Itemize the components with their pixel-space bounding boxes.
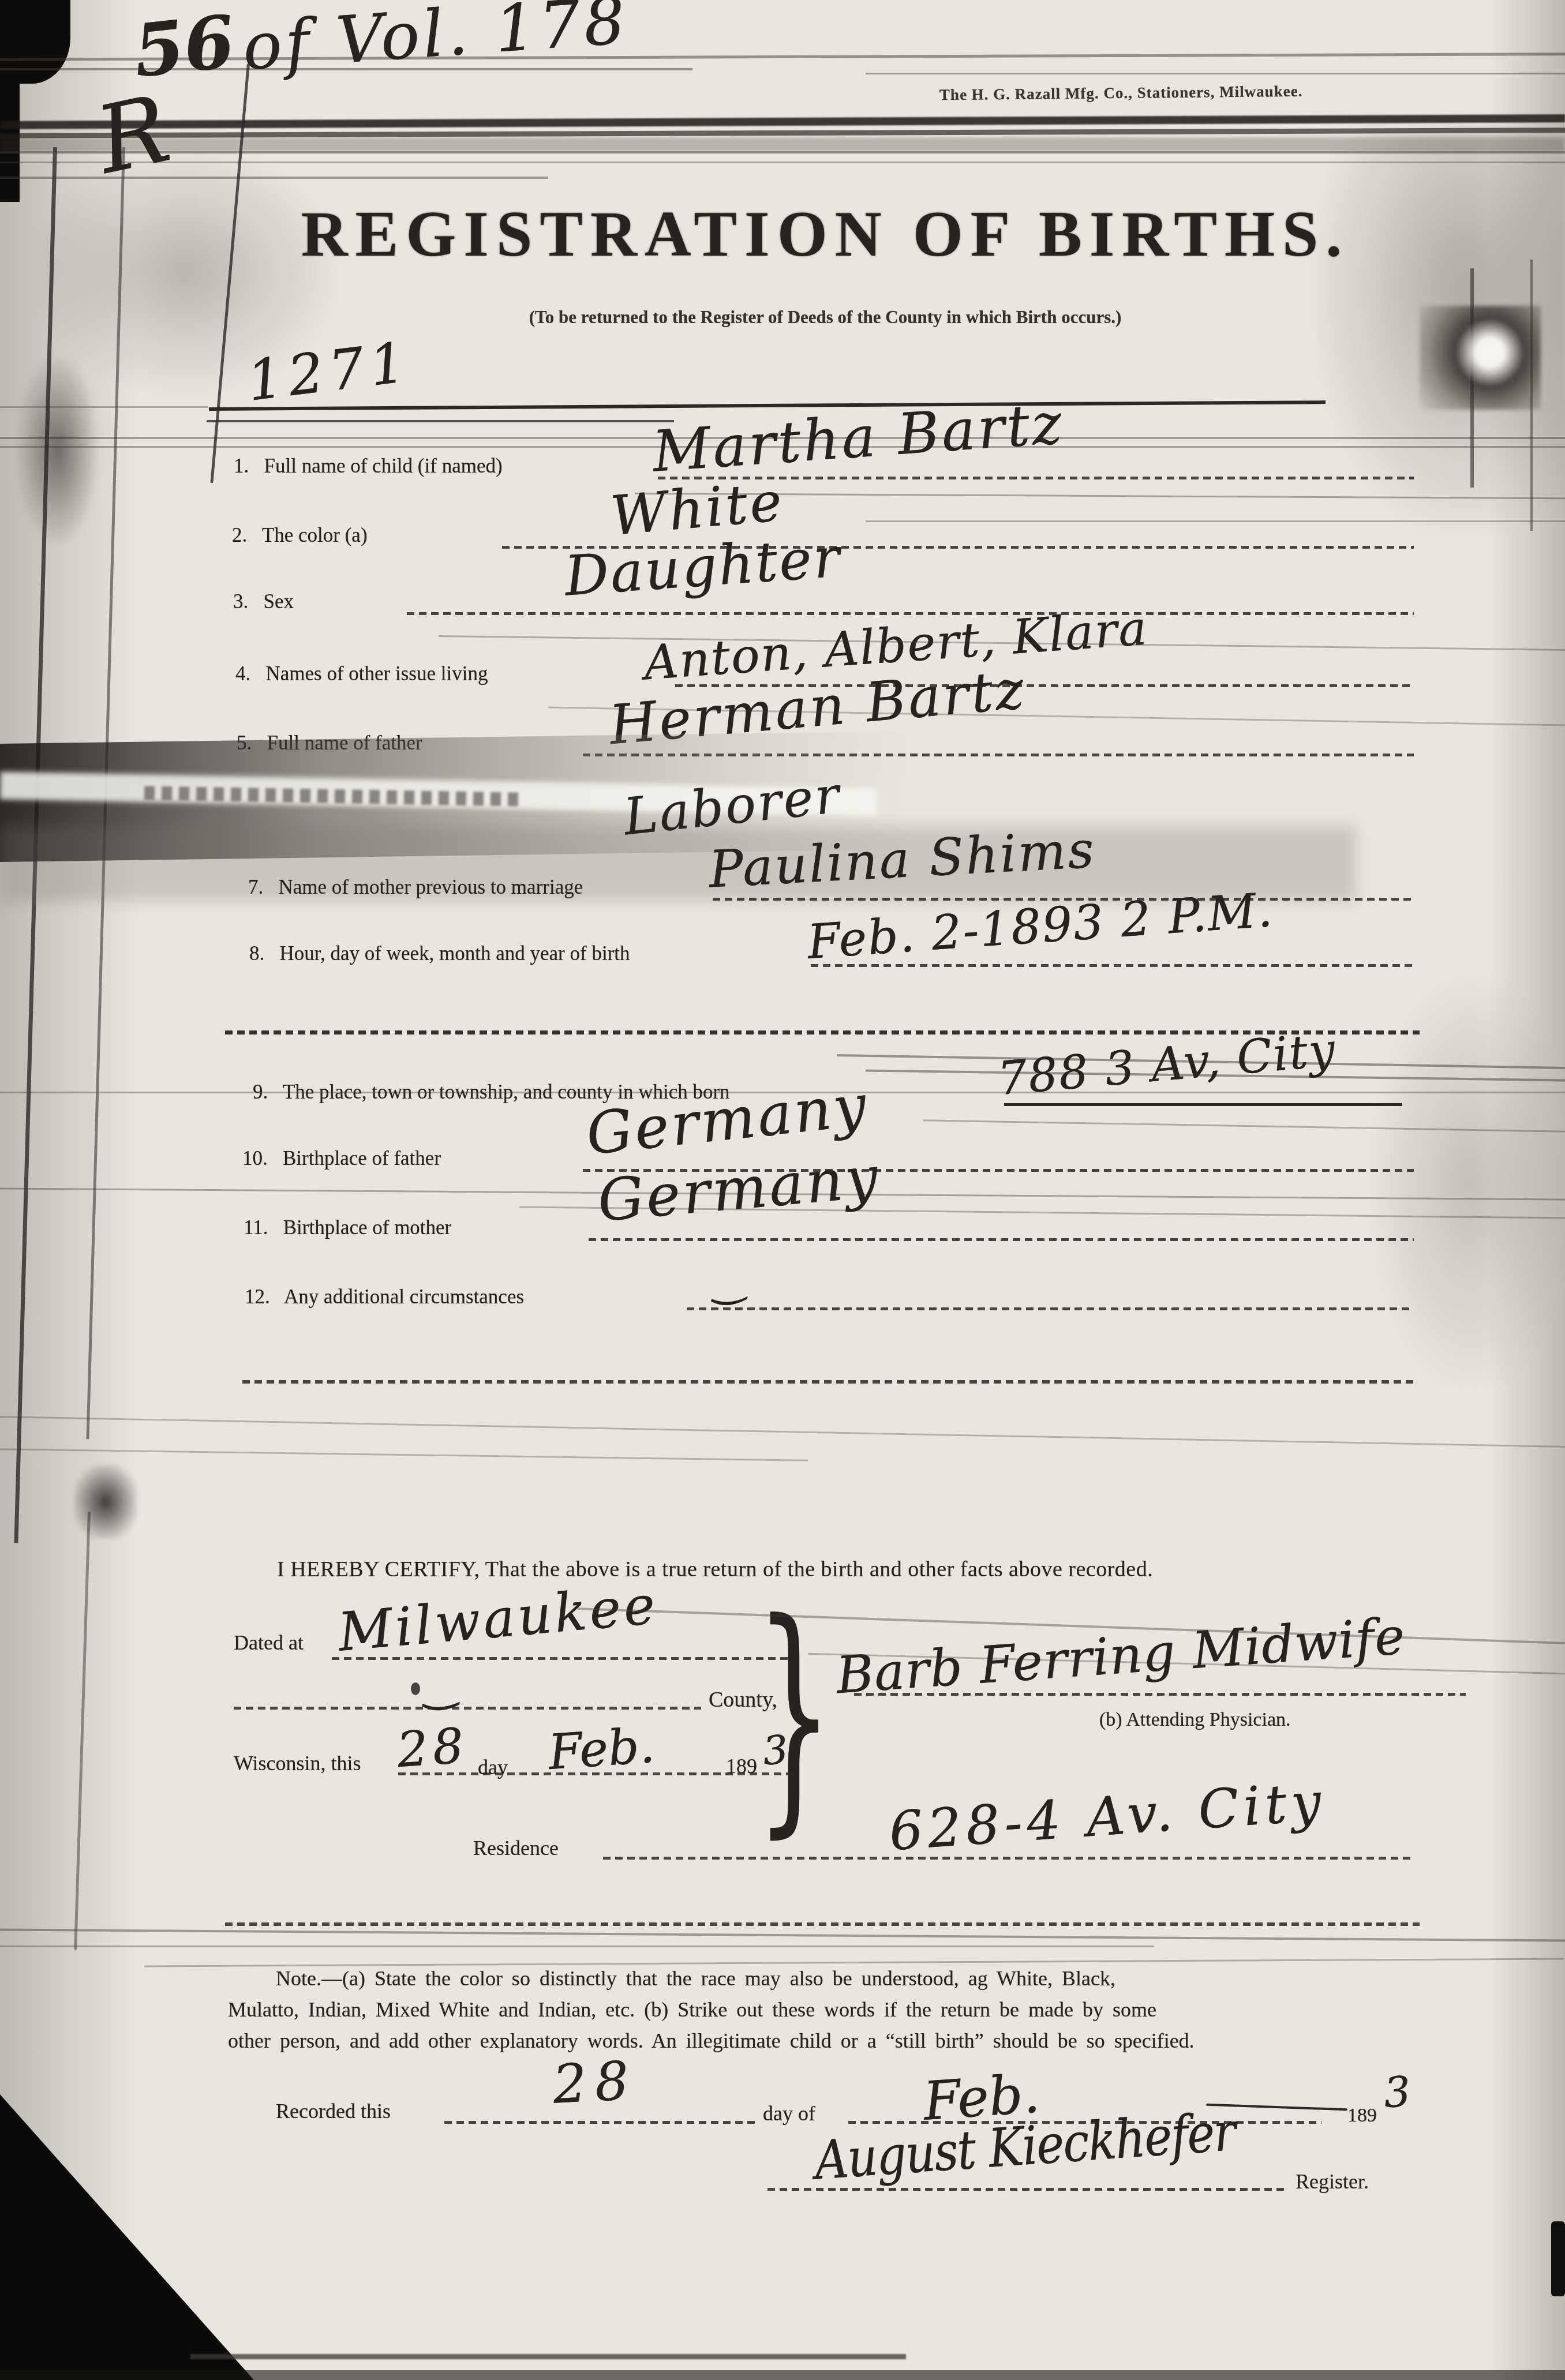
left-margin-blob-2: [74, 1464, 137, 1539]
recorded-year-digit-handwriting: 3: [1382, 2067, 1412, 2117]
top-dark-smear: [0, 137, 1565, 152]
note-scratch-1: [0, 1929, 1565, 1942]
title-top-scratch-2: [0, 162, 1565, 163]
top-scratch-3: [866, 73, 1565, 74]
field-11-label-text: Birthplace of mother: [283, 1216, 452, 1239]
field-2-label: 2. The color (a): [232, 524, 368, 547]
recorded-year-prefix: 189: [1347, 2105, 1377, 2127]
field-12-flourish: ‿: [711, 1257, 747, 1306]
register-label: Register.: [1296, 2169, 1369, 2194]
attending-physician-label: (b) Attending Physician.: [1099, 1709, 1290, 1731]
day-of-label: day of: [763, 2101, 815, 2126]
bottom-scratch: [190, 2354, 906, 2359]
return-instruction: (To be returned to the Register of Deeds…: [219, 307, 1431, 328]
field-12-label: 12. Any additional circumstances: [245, 1285, 524, 1309]
cert-month-handwriting: Feb.: [546, 1717, 656, 1781]
note-line-1: Note.—(a) State the color so distinctly …: [276, 1966, 1115, 1991]
field-11-label: 11. Birthplace of mother: [244, 1216, 451, 1239]
left-edge-black-strip: [0, 0, 20, 202]
field-12-leader: [687, 1307, 1414, 1310]
cert-year-prefix: 189: [726, 1754, 757, 1778]
mid-right-grain: [1373, 981, 1565, 1385]
residence-leader: [603, 1857, 1411, 1860]
recorded-day-handwriting: 28: [551, 2049, 638, 2115]
field-8-leader: [811, 964, 1414, 967]
field-4-label-text: Names of other issue living: [266, 662, 488, 685]
form-title: REGISTRATION OF BIRTHS.: [219, 197, 1431, 272]
field-3-value-handwriting: Daughter: [563, 526, 843, 608]
field-10-label: 10. Birthplace of father: [242, 1147, 441, 1170]
dated-at-leader: [332, 1657, 793, 1660]
field-8-label: 8. Hour, day of week, month and year of …: [249, 942, 630, 965]
field-8-number: 8.: [249, 942, 264, 965]
field-10-label-text: Birthplace of father: [283, 1147, 441, 1170]
field-7-label: 7. Name of mother previous to marriage: [248, 876, 583, 899]
field-2-label-text: The color (a): [262, 524, 368, 546]
register-signature-leader: [767, 2188, 1287, 2191]
top-right-ink-blob: [1420, 306, 1541, 410]
field-11-leader: [589, 1238, 1414, 1241]
record-number-rule-1: [209, 400, 1326, 411]
field-7-label-text: Name of mother previous to marriage: [279, 876, 583, 898]
field-9-number: 9.: [253, 1081, 268, 1103]
field-1-label-text: Full name of child (if named): [264, 455, 503, 477]
field-8-label-text: Hour, day of week, month and year of bir…: [280, 942, 630, 965]
field-4-number: 4.: [235, 662, 250, 685]
field-12-number: 12.: [245, 1285, 270, 1308]
separator-leader: [225, 1922, 1420, 1926]
residence-label: Residence: [473, 1836, 559, 1860]
field-3-label: 3. Sex: [233, 590, 294, 613]
field-9-rule: [1004, 1103, 1402, 1106]
recorded-day-leader: [444, 2121, 756, 2124]
volume-note-handwriting: of Vol. 178: [240, 0, 631, 85]
field-2-number: 2.: [232, 524, 247, 546]
field-1-number: 1.: [234, 455, 249, 477]
bottom-right-black-mark: [1551, 2221, 1565, 2296]
left-margin-blob-1: [17, 358, 98, 542]
county-leader: [234, 1707, 701, 1710]
bottom-edge-dark-band: [0, 2370, 1565, 2380]
recorded-this-label: Recorded this: [276, 2099, 391, 2123]
certify-statement: I HEREBY CERTIFY, That the above is a tr…: [277, 1557, 1153, 1582]
field1-scratch-4: [866, 520, 1565, 522]
ink-dot: [411, 1682, 420, 1695]
blank-ruled-line-2: [242, 1380, 1414, 1384]
field-12-label-text: Any additional circumstances: [284, 1285, 524, 1308]
field-10-number: 10.: [242, 1147, 268, 1170]
state-line-label: Wisconsin, this: [234, 1751, 361, 1775]
scanned-birth-registration-page: 56 of Vol. 178 R The H. G. Razall Mfg. C…: [0, 0, 1565, 2380]
cert-year-digit-handwriting: 3: [761, 1727, 790, 1774]
residence-value-handwriting: 628-4 Av. City: [887, 1771, 1327, 1863]
dated-at-value-handwriting: Milwaukee: [335, 1574, 660, 1663]
dated-at-label: Dated at: [234, 1631, 304, 1655]
mid-scratch-1: [0, 1416, 1565, 1448]
note-line-3: other person, and add other explanatory …: [228, 2029, 1195, 2053]
field-4-label: 4. Names of other issue living: [235, 662, 488, 685]
certifier-signature-leader: [854, 1693, 1466, 1696]
field-7-number: 7.: [248, 876, 263, 898]
field-3-label-text: Sex: [264, 590, 294, 613]
cert-day-handwriting: 28: [395, 1717, 470, 1778]
field-11-number: 11.: [244, 1216, 268, 1239]
printer-credit: The H. G. Razall Mfg. Co., Stationers, M…: [939, 83, 1303, 104]
title-top-scratch-1: [0, 151, 1565, 153]
field-3-leader: [407, 612, 1414, 615]
note-scratch-2: [0, 1946, 1154, 1947]
title-top-scratch-3: [0, 177, 548, 179]
cert-day-label: day: [478, 1755, 508, 1779]
field-3-number: 3.: [233, 590, 248, 613]
field-1-label: 1. Full name of child (if named): [234, 455, 503, 478]
record-number-rule-2: [207, 420, 674, 422]
dated-at-flourish: ‿: [423, 1661, 459, 1711]
note-line-2: Mulatto, Indian, Mixed White and Indian,…: [228, 1997, 1156, 2022]
